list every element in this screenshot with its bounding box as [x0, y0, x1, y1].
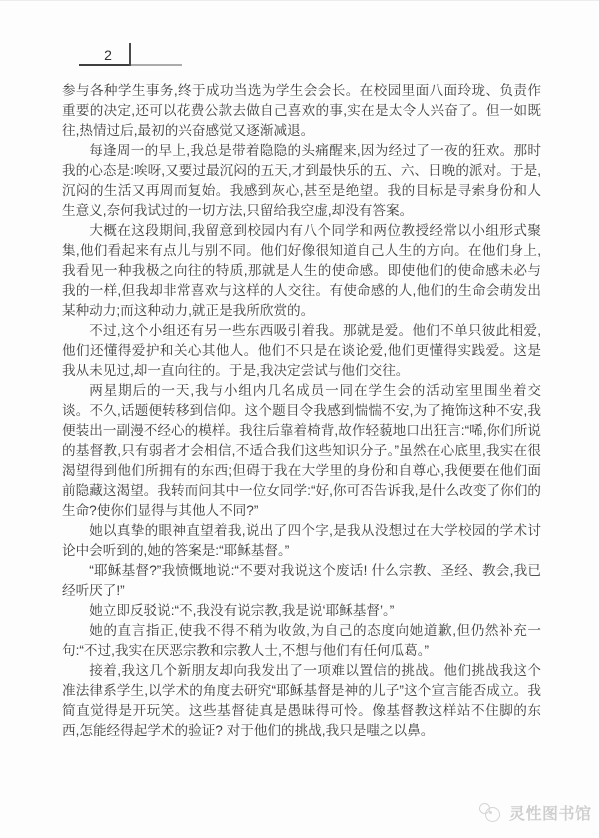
paragraph: “耶稣基督?”我愤慨地说:“不要对我说这个废话! 什么宗教、圣经、教会,我已经听…	[62, 561, 541, 601]
paragraph: 接着,我这几个新朋友却向我发出了一项难以置信的挑战。他们挑战我这个准法律系学生,…	[62, 661, 541, 741]
paragraph: 她以真挚的眼神直望着我,说出了四个字,是我从没想过在大学校园的学术讨论中会听到的…	[62, 521, 541, 561]
paragraph: 参与各种学生事务,终于成功当选为学生会会长。在校园里面八面玲珑、负责作重要的决定…	[62, 81, 541, 141]
header-rule-vertical	[129, 43, 131, 66]
watermark-text: 灵性图书馆	[509, 801, 592, 824]
paragraph: 她立即反驳说:“不,我没有说宗教,我是说‘耶稣基督’。”	[62, 601, 541, 621]
page-text: 参与各种学生事务,终于成功当选为学生会会长。在校园里面八面玲珑、负责作重要的决定…	[62, 81, 541, 741]
paragraph: 每逢周一的早上,我总是带着隐隐的头痛醒来,因为经过了一夜的狂欢。那时我的心态是:…	[62, 141, 541, 221]
paragraph: 大概在这段期间,我留意到校园内有八个同学和两位教授经常以小组形式聚集,他们看起来…	[62, 221, 541, 321]
library-logo-icon	[479, 801, 502, 824]
paragraph: 两星期后的一天,我与小组内几名成员一同在学生会的活动室里围坐着交谈。不久,话题便…	[62, 381, 541, 521]
logo-circle-large	[485, 807, 500, 822]
logo-dot	[489, 811, 492, 814]
paragraph: 她的直言指正,使我不得不稍为收敛,为自己的态度向她道歉,但仍然补充一句:“不过,…	[62, 621, 541, 661]
header-rule-right	[131, 64, 182, 66]
paragraph: 不过,这个小组还有另一些东西吸引着我。那就是爱。他们不单只彼此相爱,他们还懂得爱…	[62, 321, 541, 381]
book-page: 2 参与各种学生事务,终于成功当选为学生会会长。在校园里面八面玲珑、负责作重要的…	[0, 0, 599, 838]
page-number: 2	[96, 47, 120, 63]
header-rule-left	[79, 64, 130, 66]
watermark: 灵性图书馆	[479, 801, 592, 824]
scan-edge-line	[0, 0, 599, 1]
